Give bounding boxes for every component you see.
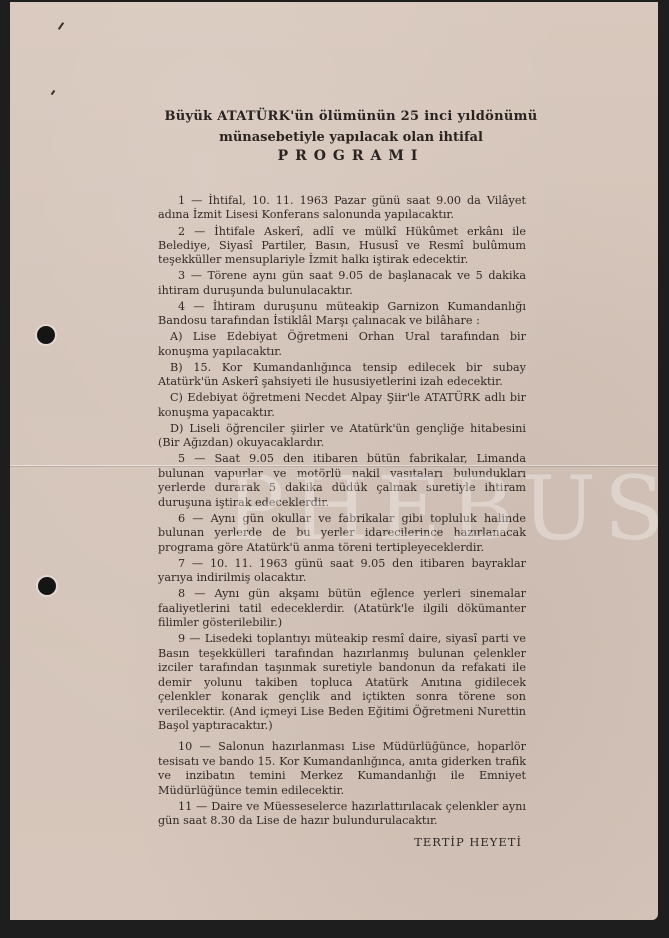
programme-item: A) Lise Edebiyat Öğretmeni Orhan Ural ta… [158, 330, 526, 359]
header-title-line-1: Büyük ATATÜRK'ün ölümünün 25 inci yıldön… [44, 109, 658, 124]
ink-speck [58, 22, 64, 30]
programme-item: 5 — Saat 9.05 den itibaren bütün fabrika… [158, 452, 526, 510]
programme-item: 1 — İhtifal, 10. 11. 1963 Pazar günü saa… [158, 194, 526, 223]
ink-speck [51, 90, 56, 95]
scanned-document-page: Büyük ATATÜRK'ün ölümünün 25 inci yıldön… [10, 2, 658, 920]
document-header: Büyük ATATÜRK'ün ölümünün 25 inci yıldön… [10, 109, 658, 164]
programme-item: 9 — Lisedeki toplantıyı müteakip resmî d… [158, 632, 526, 733]
programme-item: D) Liseli öğrenciler şiirler ve Atatürk'… [158, 422, 526, 451]
header-title-line-2: münasebetiyle yapılacak olan ihtifal [44, 130, 658, 145]
programme-item: 6 — Aynı gün okullar ve fabrikalar gibi … [158, 512, 526, 555]
programme-item: 4 — İhtiram duruşunu müteakip Garnizon K… [158, 300, 526, 329]
programme-item: C) Edebiyat öğretmeni Necdet Alpay Şiir'… [158, 391, 526, 420]
programme-item: 10 — Salonun hazırlanması Lise Müdürlüğü… [158, 740, 526, 798]
programme-item: 2 — İhtifale Askerî, adlî ve mülkî Hükûm… [158, 225, 526, 268]
programme-item: B) 15. Kor Kumandanlığınca tensip edilec… [158, 361, 526, 390]
header-programme-title: PROGRAMI [44, 148, 658, 164]
programme-items: 1 — İhtifal, 10. 11. 1963 Pazar günü saa… [158, 194, 526, 849]
programme-item: 3 — Törene aynı gün saat 9.05 de başlana… [158, 269, 526, 298]
punch-hole [38, 577, 56, 595]
punch-hole [37, 326, 55, 344]
signature: TERTİP HEYETİ [158, 835, 526, 849]
programme-item: 8 — Aynı gün akşamı bütün eğlence yerler… [158, 587, 526, 630]
programme-item: 7 — 10. 11. 1963 günü saat 9.05 den itib… [158, 557, 526, 586]
programme-item: 11 — Daire ve Müesseselerce hazırlattırı… [158, 800, 526, 829]
